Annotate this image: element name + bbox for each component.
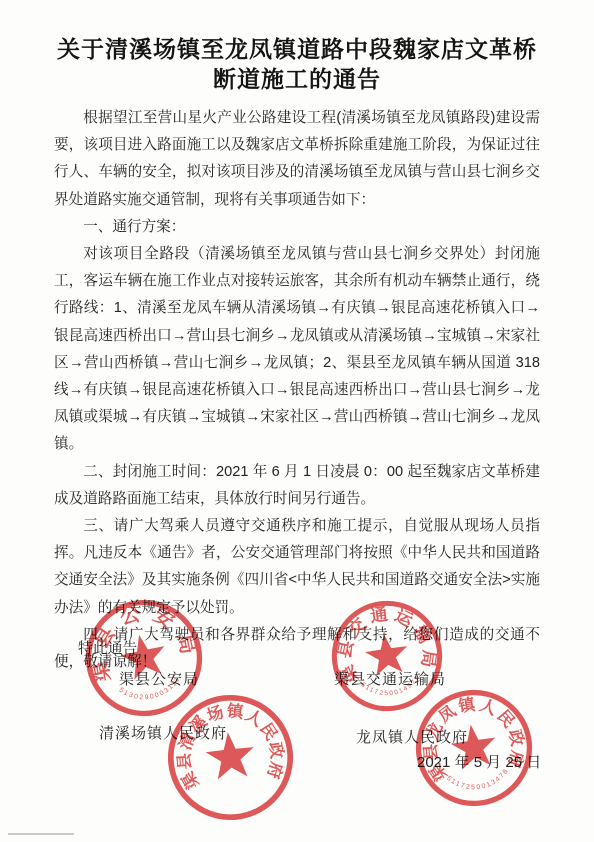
notice-title: 关于清溪场镇至龙凤镇道路中段魏家店文革桥 断道施工的通告 bbox=[36, 34, 558, 94]
section-heading-traffic-plan: 一、通行方案： bbox=[54, 214, 540, 241]
paragraph-traffic-plan: 对该项目全路段（清溪场镇至龙凤镇与营山县七涧乡交界处）封闭施工，客运车辆在施工作… bbox=[54, 241, 540, 459]
notice-title-line1: 关于清溪场镇至龙凤镇道路中段魏家店文革桥 bbox=[36, 34, 558, 64]
seal-serial-number: 5117250013478 bbox=[444, 766, 512, 795]
star-icon bbox=[363, 631, 411, 677]
star-icon bbox=[449, 722, 499, 771]
star-icon bbox=[204, 730, 257, 781]
paragraph-closure-time: 二、封闭施工时间：2021 年 6 月 1 日凌晨 0：00 起至魏家店文革桥建… bbox=[54, 459, 540, 513]
star-icon bbox=[117, 630, 170, 681]
paragraph-intro: 根据望江至营山星火产业公路建设工程(清溪场镇至龙凤镇路段)建设需要，该项目进入路… bbox=[54, 105, 540, 214]
notice-title-line2: 断道施工的通告 bbox=[36, 64, 558, 94]
scan-artifact-line bbox=[8, 833, 74, 835]
official-seal-longfeng-town: 渠县龙凤镇人民政府 5117250013478 bbox=[407, 681, 540, 814]
notice-body: 根据望江至营山星火产业公路建设工程(清溪场镇至龙凤镇路段)建设需要，该项目进入路… bbox=[54, 105, 540, 676]
official-seal-qingxi-town: 渠县清溪场镇人民政府 bbox=[161, 688, 301, 828]
notice-page: 关于清溪场镇至龙凤镇道路中段魏家店文革桥 断道施工的通告 根据望江至营山星火产业… bbox=[0, 0, 594, 842]
svg-text:5117250013478: 5117250013478 bbox=[444, 766, 512, 795]
